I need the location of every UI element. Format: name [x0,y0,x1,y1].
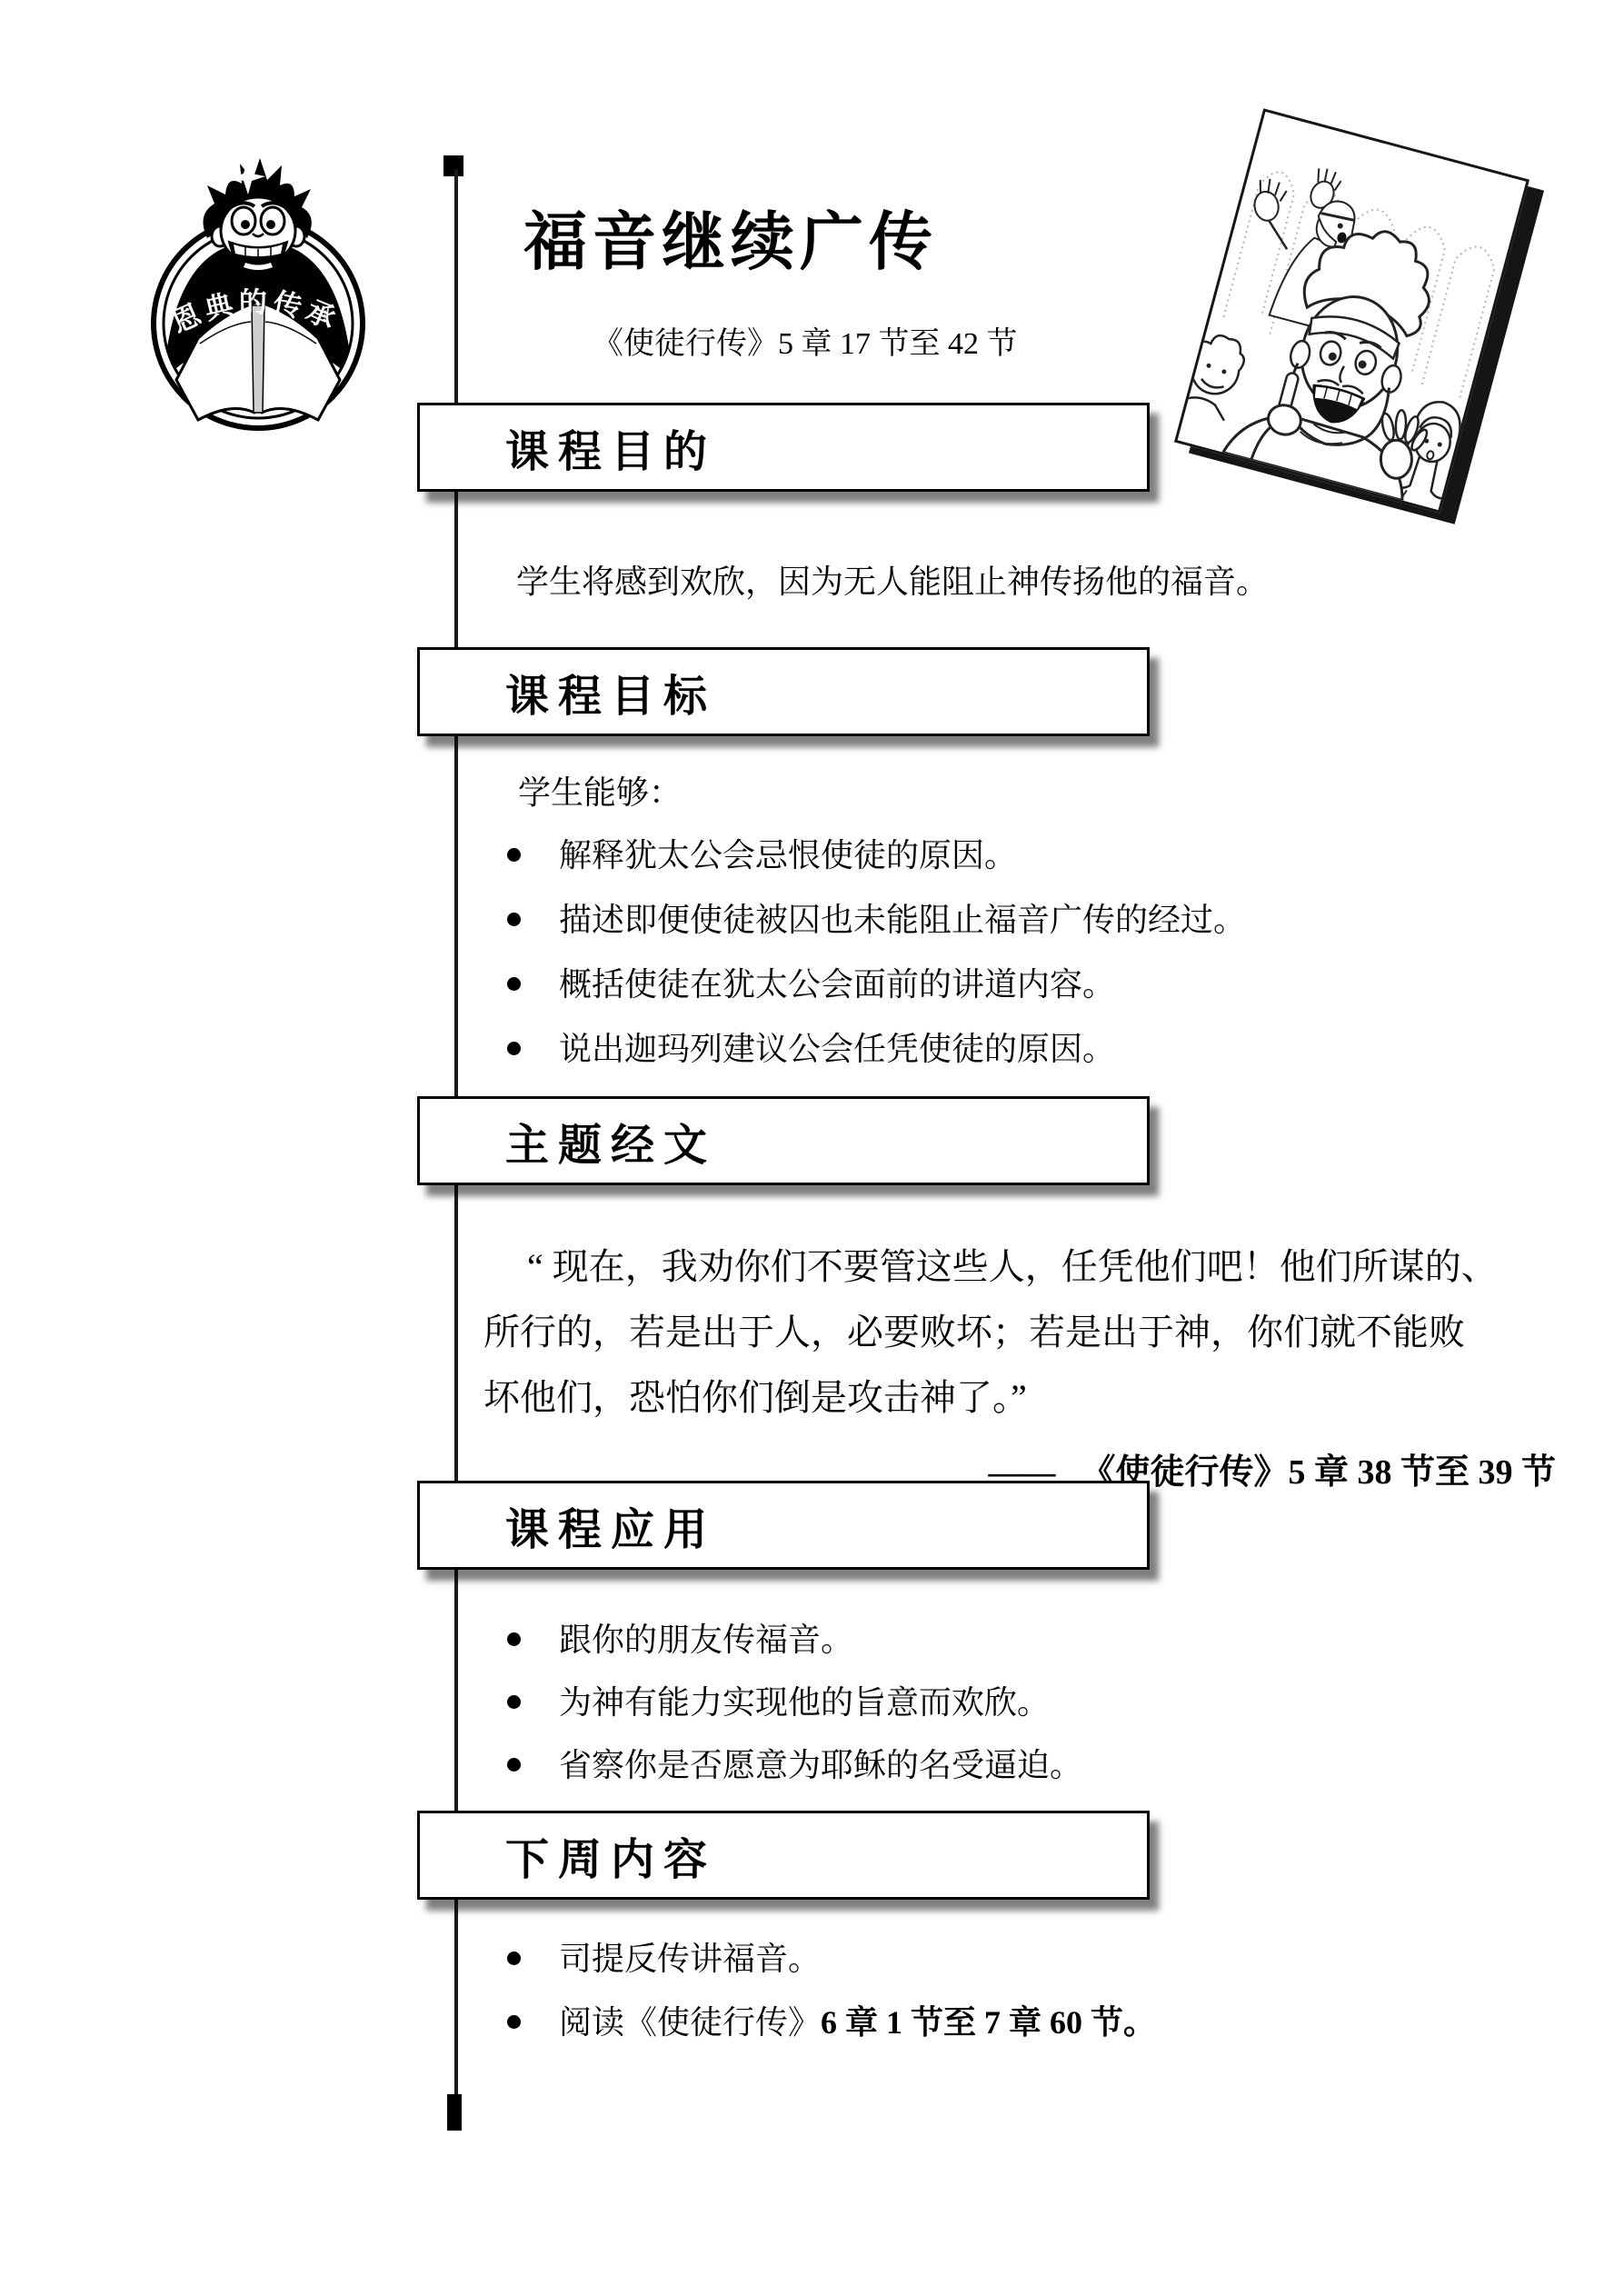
section-box-next-week: 下周内容 [417,1811,1150,1900]
section-heading-goals: 课程目标 [505,661,716,724]
list-item: 司提反传讲福音。 [507,1941,1156,1977]
section-heading-scripture: 主题经文 [505,1110,716,1173]
application-text: 省察你是否愿意为耶稣的名受逼迫。 [559,1747,1082,1783]
illustration-card [1174,108,1529,513]
bullet-icon [507,2015,521,2029]
goal-text: 概括使徒在犹太公会面前的讲道内容。 [559,966,1115,1003]
list-item: 描述即便使徒被囚也未能阻止福音广传的经过。 [507,902,1246,938]
lesson-sheet-page: { "page": { "title": "福音继续广传", "subtitle… [0,0,1624,2296]
scripture-quote: “ 现在，我劝你们不要管这些人，任凭他们吧！他们所谋的、 所行的，若是出于人，必… [483,1234,1556,1505]
ministry-logo-art: 恩典的传承 [144,149,373,444]
application-text: 跟你的朋友传福音。 [559,1622,853,1658]
reading-reference: 6 章 1 节至 7 章 60 节。 [821,2004,1156,2041]
goal-text: 说出迦玛列建议公会任凭使徒的原因。 [559,1031,1115,1067]
page-subtitle: 《使徒行传》5 章 17 节至 42 节 [593,318,1018,363]
list-item: 跟你的朋友传福音。 [507,1622,1082,1658]
list-item: 省察你是否愿意为耶稣的名受逼迫。 [507,1747,1082,1783]
application-text: 为神有能力实现他的旨意而欢欣。 [559,1684,1050,1721]
next-week-list: 司提反传讲福音。 阅读《使徒行传》6 章 1 节至 7 章 60 节。 [507,1941,1156,2068]
section-box-scripture: 主题经文 [417,1096,1150,1185]
section-box-goals: 课程目标 [417,647,1150,736]
bullet-icon [507,1758,521,1772]
section-box-purpose: 课程目的 [417,403,1150,492]
boy-figure [1180,330,1249,422]
attribution-reference: 《使徒行传》5 章 38 节至 39 节 [1081,1453,1556,1492]
goals-intro: 学生能够： [518,773,682,813]
next-week-reading: 阅读《使徒行传》6 章 1 节至 7 章 60 节。 [559,2004,1156,2041]
ministry-logo: 恩典的传承 [144,149,373,444]
quote-line: 所行的，若是出于人，必要败坏；若是出于神，你们就不能败 [483,1300,1556,1365]
list-item: 解释犹太公会忌恨使徒的原因。 [507,837,1246,873]
section-box-application: 课程应用 [417,1481,1150,1570]
reading-prefix: 阅读《使徒行传》 [559,2004,821,2041]
list-item: 阅读《使徒行传》6 章 1 节至 7 章 60 节。 [507,2004,1156,2041]
goals-list: 解释犹太公会忌恨使徒的原因。 描述即便使徒被囚也未能阻止福音广传的经过。 概括使… [507,837,1246,1095]
timeline-bottom-cap [447,2094,462,2131]
application-list: 跟你的朋友传福音。 为神有能力实现他的旨意而欢欣。 省察你是否愿意为耶稣的名受逼… [507,1622,1082,1810]
quote-line: 坏他们，恐怕你们倒是攻击神了。” [483,1365,1556,1431]
timeline-top-cap [443,155,463,176]
list-item: 为神有能力实现他的旨意而欢欣。 [507,1684,1082,1721]
bullet-icon [507,977,521,991]
list-item: 说出迦玛列建议公会任凭使徒的原因。 [507,1031,1246,1067]
purpose-text: 学生将感到欢欣，因为无人能阻止神传扬他的福音。 [516,562,1269,602]
goal-text: 描述即便使徒被囚也未能阻止福音广传的经过。 [559,902,1246,938]
bullet-icon [507,1952,521,1965]
bullet-icon [507,1042,521,1055]
page-title: 福音继续广传 [523,191,938,283]
section-heading-application: 课程应用 [505,1494,716,1557]
quote-line: “ 现在，我劝你们不要管这些人，任凭他们吧！他们所谋的、 [483,1234,1556,1300]
section-heading-next-week: 下周内容 [505,1824,716,1887]
bullet-icon [507,913,521,926]
goal-text: 解释犹太公会忌恨使徒的原因。 [559,837,1017,873]
list-item: 概括使徒在犹太公会面前的讲道内容。 [507,966,1246,1003]
bullet-icon [507,848,521,862]
bullet-icon [507,1632,521,1646]
next-week-text: 司提反传讲福音。 [559,1941,821,1977]
section-heading-purpose: 课程目的 [505,416,716,479]
book-spine [252,305,264,413]
bullet-icon [507,1695,521,1709]
